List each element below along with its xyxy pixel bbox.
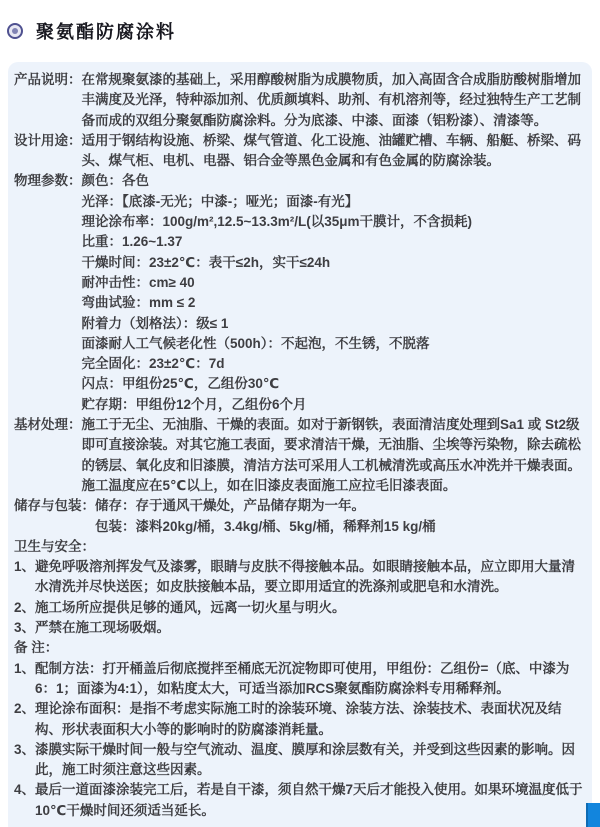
section-text: 适用于钢结构设施、桥梁、煤气管道、化工设施、油罐贮槽、车辆、船艇、桥梁、码头、煤… — [82, 131, 584, 172]
section-heading: 卫生与安全： — [14, 537, 583, 557]
section-label: 储存与包装： — [14, 496, 95, 516]
param-line: 闪点：甲组份25℃，乙组份30℃ — [82, 374, 584, 394]
list-item: 4、最后一道面漆涂装完工后，若是自干漆，须自然干燥7天后才能投入使用。如果环境温… — [14, 780, 583, 821]
floating-button-fragment[interactable] — [586, 803, 600, 827]
param-line: 包装：漆料20kg/桶，3.4kg/桶、5kg/桶，稀释剂15 kg/桶 — [95, 517, 583, 537]
section-text: 在常规聚氨漆的基础上，采用醇酸树脂为成膜物质，加入高固含合成脂肪酸树脂增加丰满度… — [82, 70, 584, 131]
section-lines: 储存：存于通风干燥处，产品储存期为一年。包装：漆料20kg/桶，3.4kg/桶、… — [95, 496, 583, 537]
param-line: 贮存期：甲组份12个月，乙组份6个月 — [82, 395, 584, 415]
param-line: 完全固化：23±2℃：7d — [82, 354, 584, 374]
list-item: 1、避免呼吸溶剂挥发气及漆雾，眼睛与皮肤不得接触本品。如眼睛接触本品，应立即用大… — [14, 557, 583, 598]
document-panel: 产品说明：在常规聚氨漆的基础上，采用醇酸树脂为成膜物质，加入高固含合成脂肪酸树脂… — [8, 62, 592, 827]
list-item: 2、理论涂布面积：是指不考虑实际施工时的涂装环境、涂装方法、涂装技术、表面状况及… — [14, 699, 583, 740]
section-label: 物理参数： — [14, 171, 82, 191]
section-block: 设计用途：适用于钢结构设施、桥梁、煤气管道、化工设施、油罐贮槽、车辆、船艇、桥梁… — [14, 131, 583, 172]
section-block: 储存与包装：储存：存于通风干燥处，产品储存期为一年。包装：漆料20kg/桶，3.… — [14, 496, 583, 537]
bullet-icon — [7, 23, 23, 39]
section-block: 基材处理：施工于无尘、无油脂、干燥的表面。如对于新钢铁，表面清洁度处理到Sa1 … — [14, 415, 583, 496]
section-label: 设计用途： — [14, 131, 82, 151]
page-title: 聚氨酯防腐涂料 — [36, 18, 176, 44]
list-item: 2、施工场所应提供足够的通风，远离一切火星与明火。 — [14, 598, 583, 618]
param-line: 比重：1.26~1.37 — [82, 232, 584, 252]
param-line: 耐冲击性：cm≥ 40 — [82, 273, 584, 293]
param-line: 颜色：各色 — [82, 171, 584, 191]
section-text: 施工于无尘、无油脂、干燥的表面。如对于新钢铁，表面清洁度处理到Sa1 或 St2… — [82, 415, 584, 496]
section-label: 产品说明： — [14, 70, 82, 90]
section-block: 产品说明：在常规聚氨漆的基础上，采用醇酸树脂为成膜物质，加入高固含合成脂肪酸树脂… — [14, 70, 583, 131]
param-line: 光泽：【底漆-无光；中漆-；哑光；面漆-有光】 — [82, 192, 584, 212]
list-item: 1、配制方法：打开桶盖后彻底搅拌至桶底无沉淀物即可使用，甲组份：乙组份=（底、中… — [14, 659, 583, 700]
param-line: 附着力（划格法）：级≤ 1 — [82, 314, 584, 334]
param-line: 弯曲试验：mm ≤ 2 — [82, 293, 584, 313]
param-line: 干燥时间：23±2℃：表干≤2h，实干≤24h — [82, 253, 584, 273]
list-item: 3、严禁在施工现场吸烟。 — [14, 618, 583, 638]
section-block: 物理参数：颜色：各色光泽：【底漆-无光；中漆-；哑光；面漆-有光】理论涂布率：1… — [14, 171, 583, 415]
section-lines: 颜色：各色光泽：【底漆-无光；中漆-；哑光；面漆-有光】理论涂布率：100g/m… — [82, 171, 584, 415]
param-line: 储存：存于通风干燥处，产品储存期为一年。 — [95, 496, 583, 516]
page-header: 聚氨酯防腐涂料 — [0, 0, 600, 41]
section-heading: 备 注： — [14, 638, 583, 658]
section-label: 基材处理： — [14, 415, 82, 435]
param-line: 面漆耐人工气候老化性（500h）：不起泡，不生锈，不脱落 — [82, 334, 584, 354]
list-item: 3、漆膜实际干燥时间一般与空气流动、温度、膜厚和涂层数有关，并受到这些因素的影响… — [14, 740, 583, 781]
param-line: 理论涂布率：100g/m²,12.5~13.3m²/L(以35μm干膜计，不含损… — [82, 212, 584, 232]
